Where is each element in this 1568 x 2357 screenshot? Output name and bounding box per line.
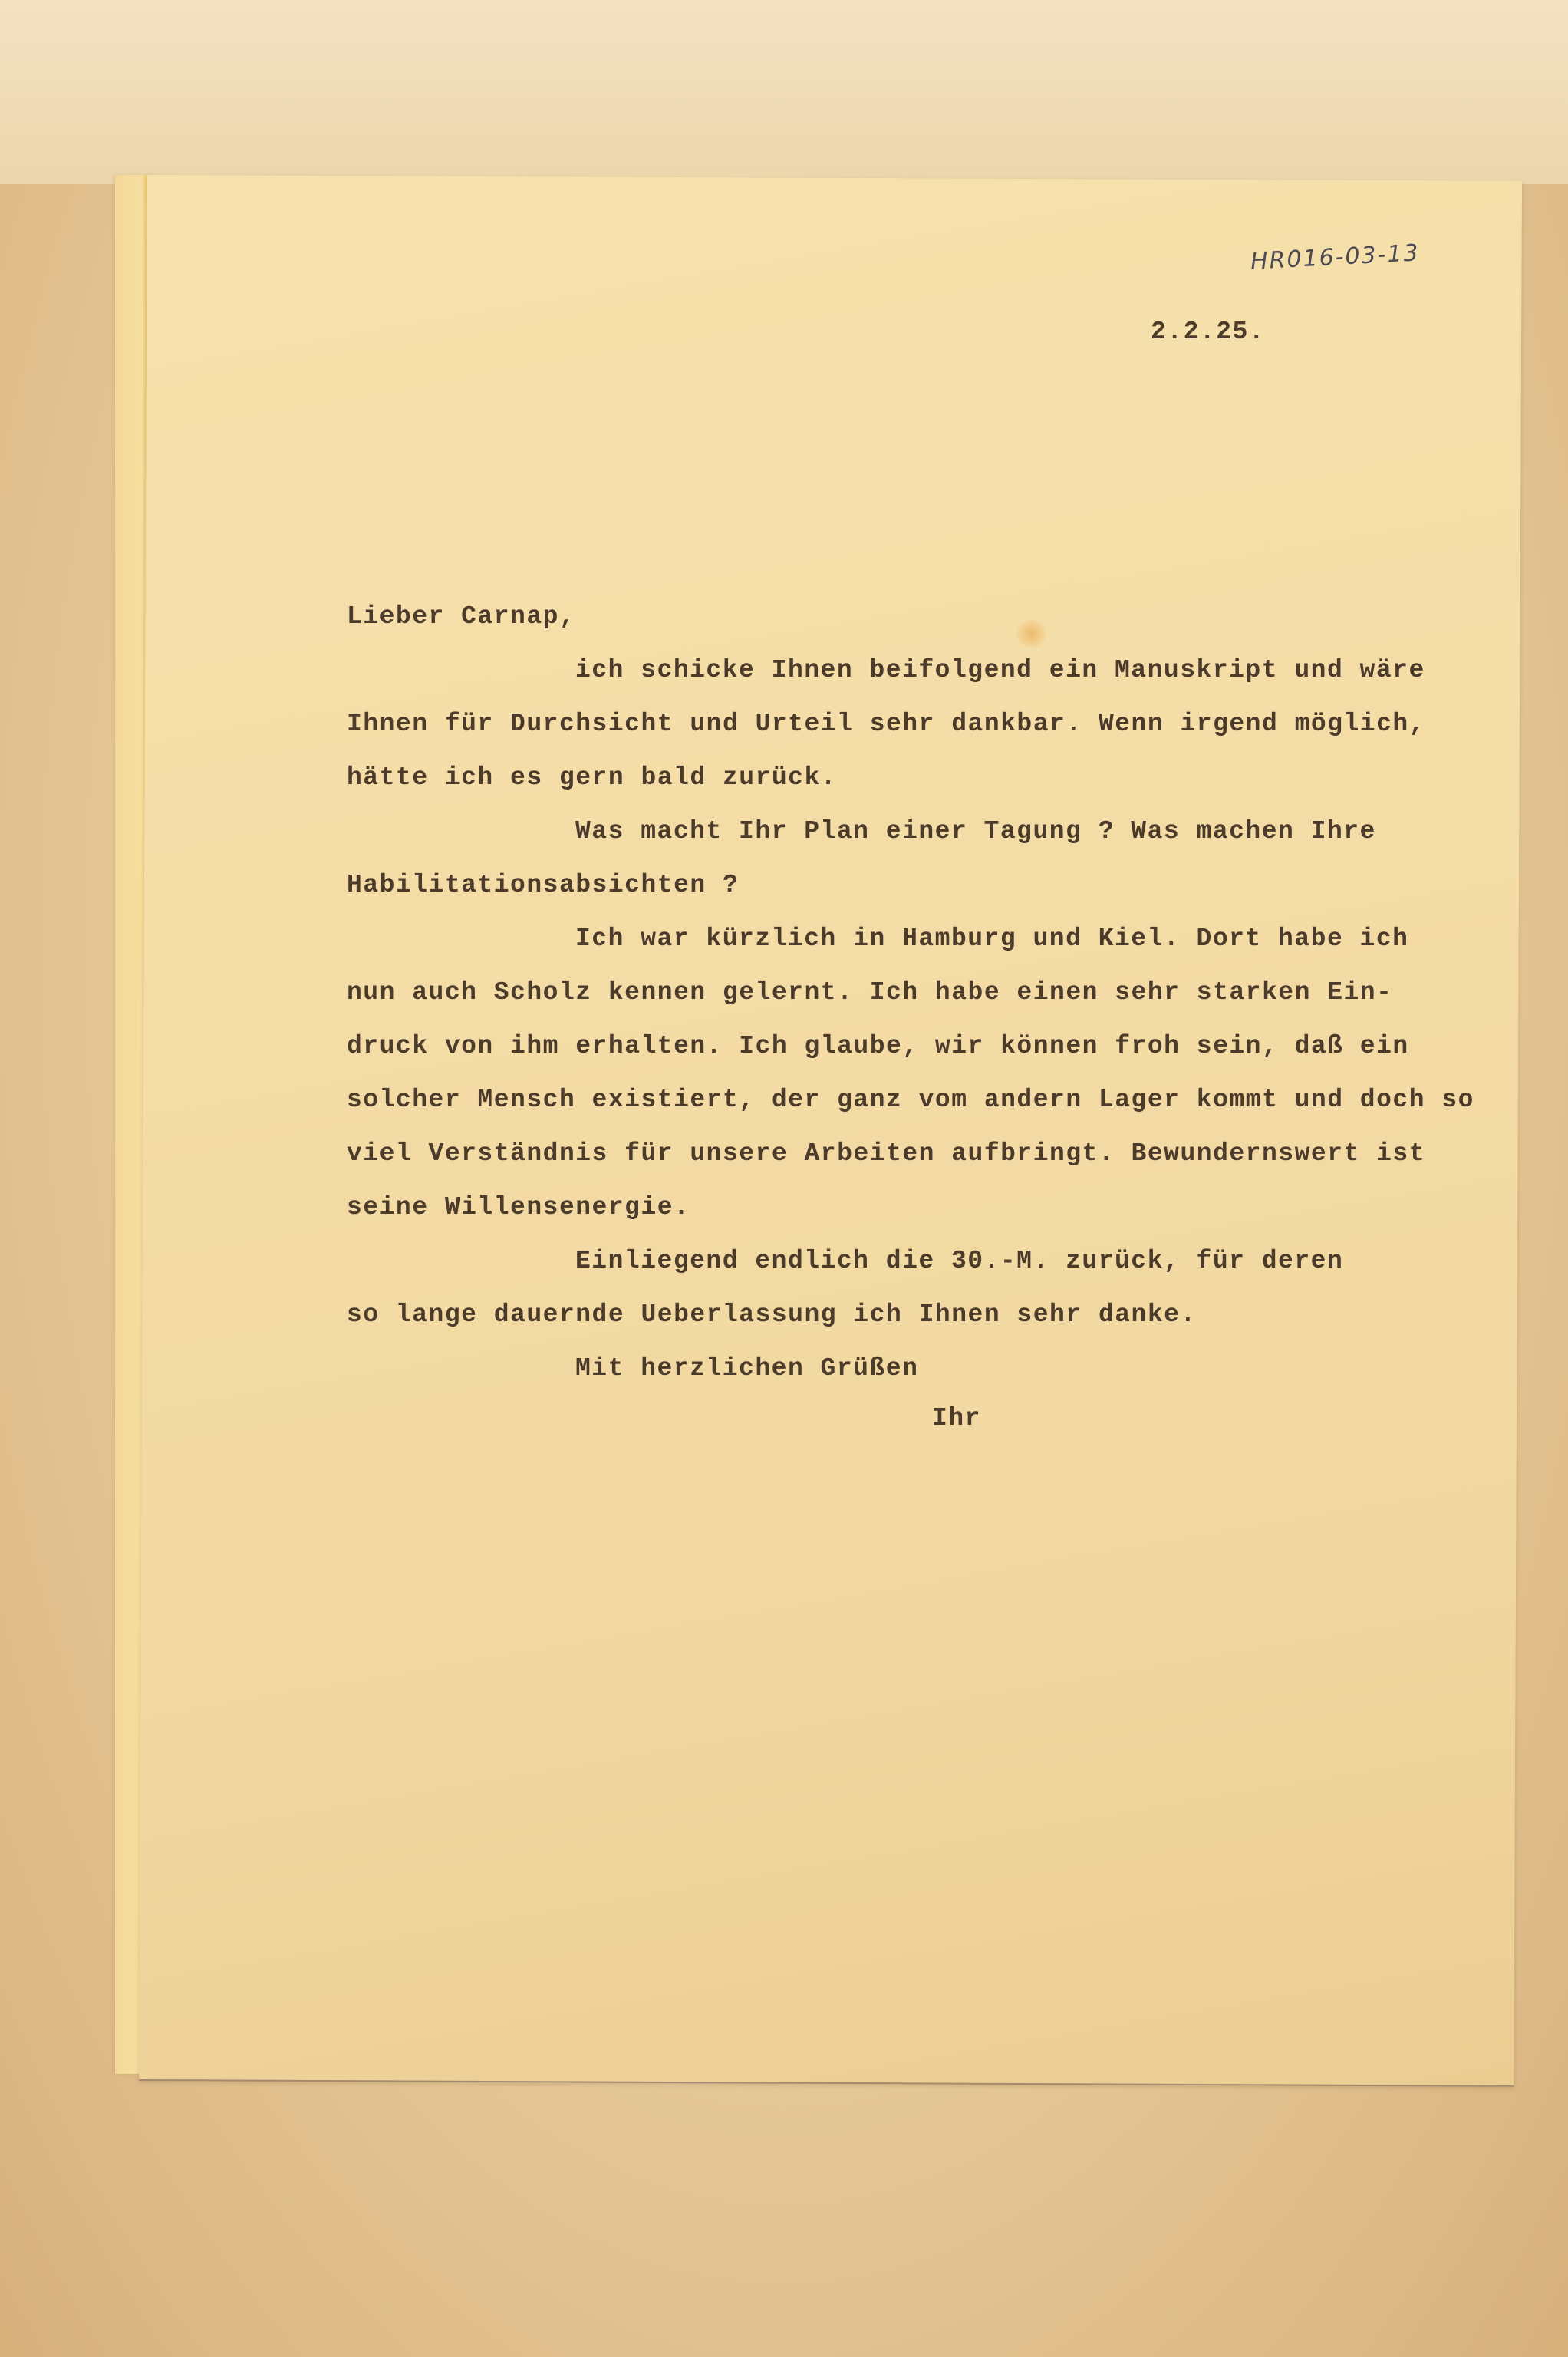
body-line: so lange dauernde Ueberlassung ich Ihnen… — [347, 1300, 1197, 1329]
letter-sheet — [139, 175, 1522, 2087]
salutation: Lieber Carnap, — [347, 602, 575, 631]
closing-signature: Ihr — [932, 1404, 981, 1432]
letter-date: 2.2.25. — [1151, 318, 1265, 346]
paper-stain — [1016, 620, 1046, 648]
body-line: nun auch Scholz kennen gelernt. Ich habe… — [347, 978, 1392, 1007]
closing-greeting: Mit herzlichen Grüßen — [575, 1354, 918, 1383]
body-line: solcher Mensch existiert, der ganz vom a… — [347, 1086, 1474, 1114]
body-line: Habilitationsabsichten ? — [347, 871, 739, 899]
body-line: Ihnen für Durchsicht und Urteil sehr dan… — [347, 710, 1425, 738]
body-line: hätte ich es gern bald zurück. — [347, 763, 837, 792]
body-line: viel Verständnis für unsere Arbeiten auf… — [347, 1139, 1425, 1168]
background-surface — [0, 0, 1568, 184]
body-line: Ich war kürzlich in Hamburg und Kiel. Do… — [575, 925, 1408, 953]
body-line: seine Willensenergie. — [347, 1193, 690, 1221]
body-line: Was macht Ihr Plan einer Tagung ? Was ma… — [575, 817, 1376, 846]
body-line: druck von ihm erhalten. Ich glaube, wir … — [347, 1032, 1409, 1060]
body-line: ich schicke Ihnen beifolgend ein Manuskr… — [575, 656, 1425, 684]
body-line: Einliegend endlich die 30.-M. zurück, fü… — [575, 1247, 1343, 1275]
